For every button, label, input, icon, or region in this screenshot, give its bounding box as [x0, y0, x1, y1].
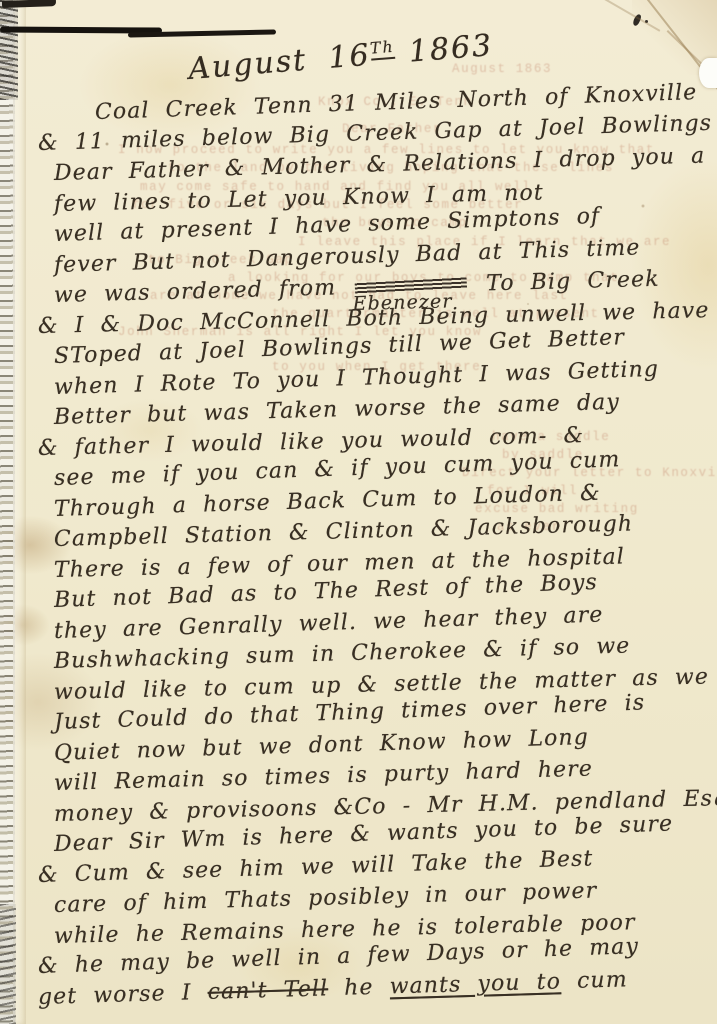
text-run: get worse I	[38, 979, 208, 1009]
torn-left-edge-top	[0, 0, 18, 100]
text-run: he	[328, 974, 390, 1001]
torn-left-edge-inner	[13, 0, 26, 1024]
strike-text-run: can't Tell	[207, 976, 328, 1005]
scanned-letter-screenshot: { "letter": { "date": { "prefix": "Augus…	[0, 0, 717, 1024]
date-text: August 16	[187, 38, 372, 87]
text-run: cum	[561, 967, 628, 994]
letter-dateline: August 16Th1863	[187, 28, 494, 87]
letter-page: August 1863Knox Co., E. TennDear FatherI…	[0, 0, 717, 1024]
date-year: 1863	[408, 28, 495, 70]
date-ordinal-superscript: Th	[369, 38, 395, 61]
text-run: we was ordered from	[54, 275, 353, 308]
underline-text-run: wants you to	[389, 969, 561, 999]
right-edge-tear-notch	[699, 58, 717, 88]
text-run: To Big Creek	[470, 267, 660, 297]
top-left-corner-mark	[2, 0, 56, 8]
torn-left-edge-bottom	[0, 904, 16, 1024]
